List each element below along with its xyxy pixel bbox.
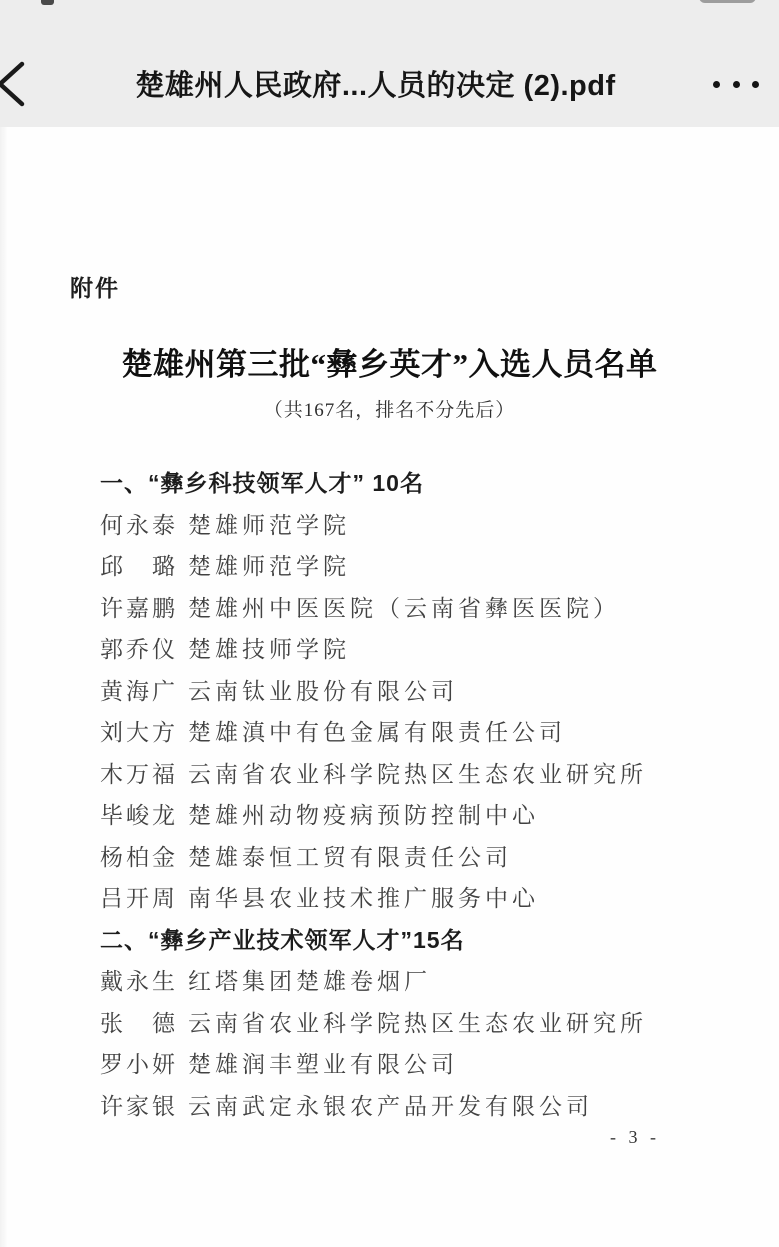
person-name: 许家银: [100, 1086, 188, 1128]
list-item: 邱 璐 楚雄师范学院: [100, 546, 720, 588]
list-item: 黄海广 云南钛业股份有限公司: [100, 671, 720, 713]
list-item: 郭乔仪 楚雄技师学院: [100, 629, 720, 671]
document-title: 楚雄州第三批“彝乡英才”入选人员名单: [0, 339, 779, 384]
person-name: 张 德: [100, 1003, 188, 1045]
person-name: 黄海广: [100, 671, 188, 713]
person-name: 木万福: [100, 754, 188, 796]
person-org: 云南武定永银农产品开发有限公司: [188, 1086, 593, 1128]
attachment-label: 附件: [70, 270, 120, 303]
status-cutoff-pill-icon: [699, 0, 756, 3]
document-filename-title: 楚雄州人民政府...人员的决定 (2).pdf: [0, 63, 779, 104]
ellipsis-icon: [713, 81, 720, 88]
list-item: 许嘉鹏 楚雄州中医医院（云南省彝医医院）: [100, 588, 720, 630]
person-org: 楚雄州中医医院（云南省彝医医院）: [188, 588, 620, 630]
list-item: 吕开周 南华县农业技术推广服务中心: [100, 878, 720, 920]
list-item: 毕峻龙 楚雄州动物疫病预防控制中心: [100, 795, 720, 837]
list-item: 张 德 云南省农业科学院热区生态农业研究所: [100, 1003, 720, 1045]
status-cutoff-mark-icon: [41, 0, 54, 5]
person-name: 邱 璐: [100, 546, 188, 588]
list-item: 罗小妍 楚雄润丰塑业有限公司: [100, 1044, 720, 1086]
person-name: 毕峻龙: [100, 795, 188, 837]
person-name: 吕开周: [100, 878, 188, 920]
list-item: 木万福 云南省农业科学院热区生态农业研究所: [100, 754, 720, 796]
person-name: 何永泰: [100, 505, 188, 547]
document-subtitle: （共167名，排名不分先后）: [0, 395, 779, 422]
person-org: 楚雄州动物疫病预防控制中心: [188, 795, 539, 837]
person-name: 郭乔仪: [100, 629, 188, 671]
section-heading-1: 一、“彝乡科技领军人才” 10名: [100, 463, 720, 505]
person-name: 罗小妍: [100, 1044, 188, 1086]
screen: 楚雄州人民政府...人员的决定 (2).pdf 附件 楚雄州第三批“彝乡英才”入…: [0, 0, 779, 1247]
person-org: 云南省农业科学院热区生态农业研究所: [188, 1003, 647, 1045]
more-menu-button[interactable]: [713, 73, 759, 95]
person-org: 楚雄泰恒工贸有限责任公司: [188, 837, 512, 879]
list-item: 刘大方 楚雄滇中有色金属有限责任公司: [100, 712, 720, 754]
personnel-list: 一、“彝乡科技领军人才” 10名 何永泰 楚雄师范学院 邱 璐 楚雄师范学院 许…: [100, 463, 720, 1127]
person-org: 云南省农业科学院热区生态农业研究所: [188, 754, 647, 796]
person-name: 许嘉鹏: [100, 588, 188, 630]
person-org: 南华县农业技术推广服务中心: [188, 878, 539, 920]
page-number: - 3 -: [610, 1127, 660, 1148]
section-heading-2: 二、“彝乡产业技术领军人才”15名: [100, 920, 720, 962]
chevron-left-icon: [0, 58, 32, 110]
person-name: 戴永生: [100, 961, 188, 1003]
person-org: 楚雄师范学院: [188, 546, 350, 588]
person-org: 楚雄技师学院: [188, 629, 350, 671]
list-item: 戴永生 红塔集团楚雄卷烟厂: [100, 961, 720, 1003]
pdf-page[interactable]: 附件 楚雄州第三批“彝乡英才”入选人员名单 （共167名，排名不分先后） 一、“…: [0, 127, 779, 1247]
person-org: 楚雄师范学院: [188, 505, 350, 547]
person-org: 楚雄滇中有色金属有限责任公司: [188, 712, 566, 754]
person-org: 云南钛业股份有限公司: [188, 671, 458, 713]
navbar: 楚雄州人民政府...人员的决定 (2).pdf: [0, 40, 779, 127]
ellipsis-icon: [733, 81, 740, 88]
person-name: 刘大方: [100, 712, 188, 754]
list-item: 何永泰 楚雄师范学院: [100, 505, 720, 547]
list-item: 许家银 云南武定永银农产品开发有限公司: [100, 1086, 720, 1128]
back-button[interactable]: [0, 58, 32, 110]
person-name: 杨柏金: [100, 837, 188, 879]
person-org: 楚雄润丰塑业有限公司: [188, 1044, 458, 1086]
list-item: 杨柏金 楚雄泰恒工贸有限责任公司: [100, 837, 720, 879]
ellipsis-icon: [752, 81, 759, 88]
top-chrome: 楚雄州人民政府...人员的决定 (2).pdf: [0, 0, 779, 127]
person-org: 红塔集团楚雄卷烟厂: [188, 961, 431, 1003]
